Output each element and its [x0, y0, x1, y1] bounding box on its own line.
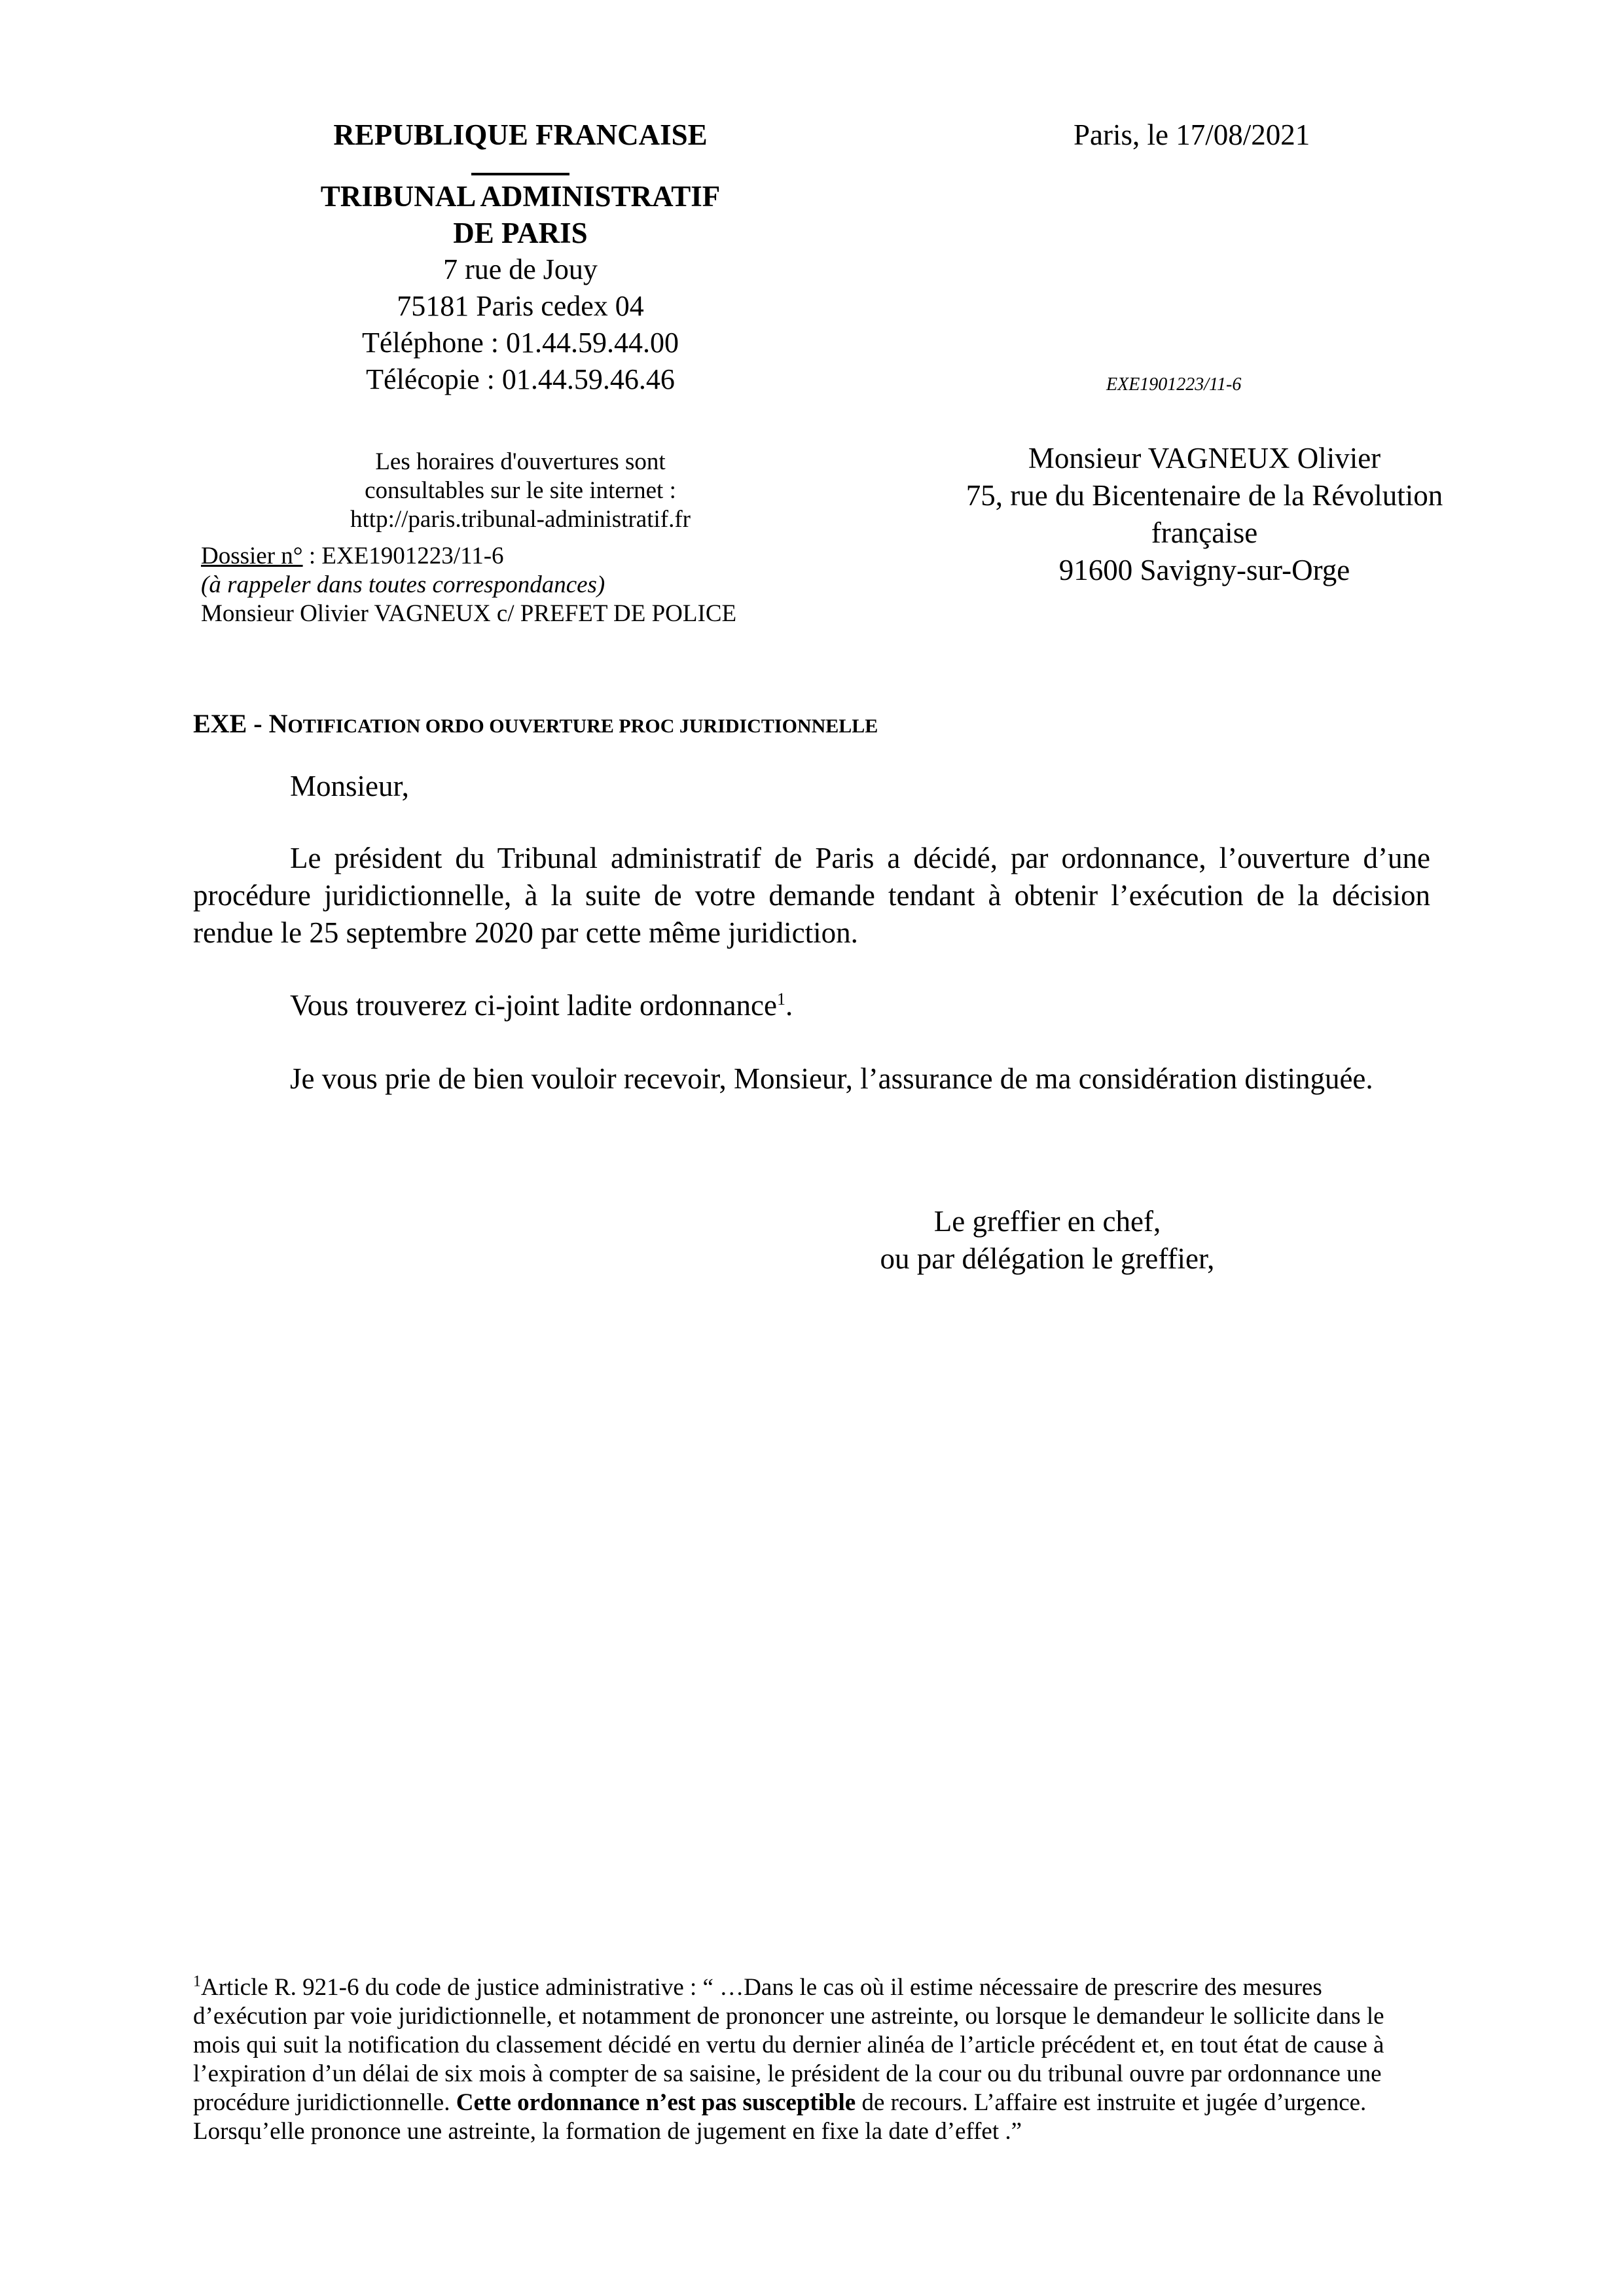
recipient-street-line2: française: [916, 514, 1492, 552]
court-name-line1: TRIBUNAL ADMINISTRATIF: [216, 178, 825, 215]
body-paragraph-2: Vous trouverez ci-joint ladite ordonnanc…: [290, 987, 793, 1024]
opening-hours-note: Les horaires d'ouvertures sont consultab…: [216, 448, 825, 534]
reference-number: EXE1901223/11-6: [1106, 374, 1241, 395]
body-paragraph-3: Je vous prie de bien vouloir recevoir, M…: [193, 1060, 1430, 1098]
dossier-label: Dossier n°: [201, 543, 303, 569]
court-address-line2: 75181 Paris cedex 04: [216, 288, 825, 325]
hours-line1: Les horaires d'ouvertures sont: [216, 448, 825, 476]
body-paragraph-1: Le président du Tribunal administratif d…: [193, 840, 1430, 952]
republic-title: REPUBLIQUE FRANCAISE: [216, 117, 825, 153]
salutation: Monsieur,: [290, 768, 409, 805]
court-address-line1: 7 rue de Jouy: [216, 251, 825, 288]
case-parties: Monsieur Olivier VAGNEUX c/ PREFET DE PO…: [201, 600, 736, 628]
footnote: 1Article R. 921-6 du code de justice adm…: [193, 1973, 1430, 2146]
court-website-link[interactable]: http://paris.tribunal-administratif.fr: [216, 505, 825, 534]
subject-rest: OTIFICATION ORDO OUVERTURE PROC JURIDICT…: [287, 715, 878, 737]
recipient-name: Monsieur VAGNEUX Olivier: [916, 440, 1492, 477]
letter-date: Paris, le 17/08/2021: [1074, 118, 1310, 152]
signature-block: Le greffier en chef, ou par délégation l…: [825, 1203, 1270, 1278]
recipient-address: Monsieur VAGNEUX Olivier 75, rue du Bice…: [916, 440, 1492, 589]
paragraph2-end: .: [785, 989, 793, 1022]
header-separator: [471, 173, 569, 175]
court-header: REPUBLIQUE FRANCAISE TRIBUNAL ADMINISTRA…: [216, 117, 825, 398]
subject-prefix: EXE - N: [193, 709, 287, 738]
paragraph2-text: Vous trouverez ci-joint ladite ordonnanc…: [290, 989, 777, 1022]
letter-subject: EXE - NOTIFICATION ORDO OUVERTURE PROC J…: [193, 708, 878, 739]
court-name-line2: DE PARIS: [216, 215, 825, 251]
recipient-street-line1: 75, rue du Bicentenaire de la Révolution: [916, 477, 1492, 514]
footnote-mark: 1: [193, 1973, 201, 1990]
signature-line2: ou par délégation le greffier,: [825, 1240, 1270, 1278]
footnote-bold-text: Cette ordonnance n’est pas susceptible: [456, 2089, 856, 2116]
court-phone: Téléphone : 01.44.59.44.00: [216, 325, 825, 361]
dossier-value: : EXE1901223/11-6: [303, 543, 504, 569]
signature-line1: Le greffier en chef,: [825, 1203, 1270, 1240]
hours-line2: consultables sur le site internet :: [216, 476, 825, 505]
dossier-number: Dossier n° : EXE1901223/11-6: [201, 542, 736, 571]
footnote-reference[interactable]: 1: [777, 990, 785, 1009]
court-fax: Télécopie : 01.44.59.46.46: [216, 361, 825, 398]
dossier-note: (à rappeler dans toutes correspondances): [201, 571, 736, 600]
dossier-block: Dossier n° : EXE1901223/11-6 (à rappeler…: [201, 542, 736, 628]
recipient-city: 91600 Savigny-sur-Orge: [916, 552, 1492, 589]
